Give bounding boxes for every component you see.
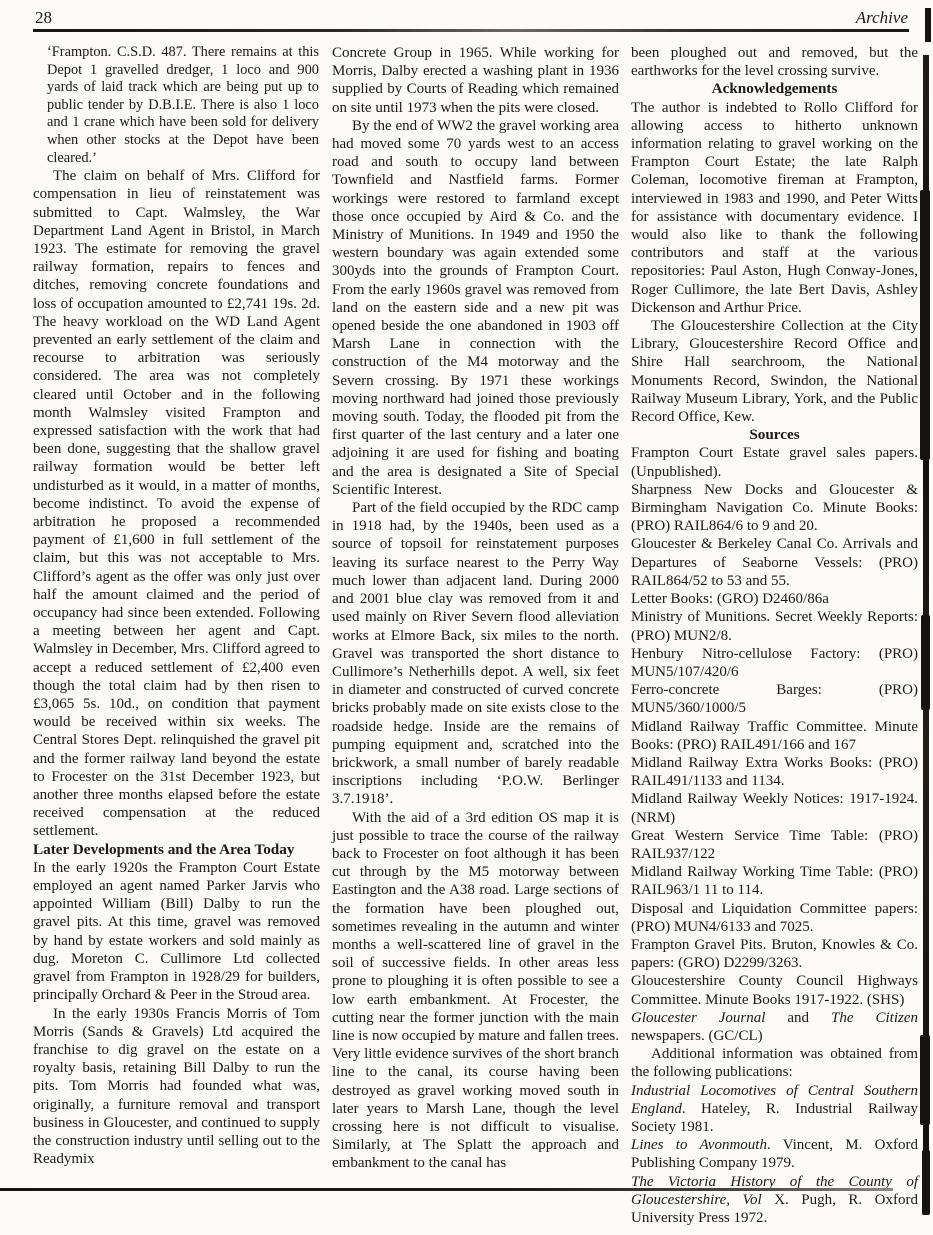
page-header: 28 Archive [33,6,908,30]
source-entry: Gloucestershire County Council Highways … [631,972,918,1008]
source-entry: Gloucester & Berkeley Canal Co. Arrivals… [631,535,918,590]
source-entry: Gloucester Journal and The Citizen newsp… [631,1009,918,1045]
source-entry: Henbury Nitro-cellulose Factory: (PRO) M… [631,645,918,681]
paragraph: The claim on behalf of Mrs. Clifford for… [33,167,320,841]
paragraph: Part of the field occupied by the RDC ca… [332,499,619,808]
paragraph: In the early 1920s the Frampton Court Es… [33,859,320,1005]
paragraph: The author is indebted to Rollo Clifford… [631,99,918,317]
paragraph: Concrete Group in 1965. While working fo… [332,44,619,117]
source-entry: Ferro-concrete Barges: (PRO) MUN5/360/10… [631,681,918,717]
page-number: 28 [35,8,52,28]
paragraph: The Gloucestershire Collection at the Ci… [631,317,918,426]
section-heading-acknowledgements: Acknowledgements [631,80,918,98]
bottom-rule [0,1188,893,1191]
source-entry: Sharpness New Docks and Gloucester & Bir… [631,481,918,536]
publications-list: Industrial Locomotives of Central Southe… [631,1082,918,1228]
source-entry: Ministry of Munitions. Secret Weekly Rep… [631,608,918,644]
section-heading-later-developments: Later Developments and the Area Today [33,841,320,859]
source-entry: Midland Railway Extra Works Books: (PRO)… [631,754,918,790]
header-rule [33,29,909,32]
source-entry: Midland Railway Working Time Table: (PRO… [631,863,918,899]
scan-edge-artifact [922,1150,930,1215]
column-2: Concrete Group in 1965. While working fo… [332,44,619,1227]
scanned-page: { "page": { "number": "28", "masthead": … [0,0,933,1235]
column-1: ‘Frampton. C.S.D. 487. There remains at … [33,44,320,1227]
source-entry: Frampton Gravel Pits. Bruton, Knowles & … [631,936,918,972]
source-entry: Midland Railway Traffic Committee. Minut… [631,718,918,754]
scan-edge-artifact [925,8,931,42]
journal-masthead: Archive [856,8,908,28]
block-quote: ‘Frampton. C.S.D. 487. There remains at … [33,44,320,167]
source-entry: Letter Books: (GRO) D2460/86a [631,590,918,608]
paragraph: By the end of WW2 the gravel working are… [332,117,619,499]
scan-edge-artifact [921,615,930,710]
publication-entry: Lines to Avonmouth. Vincent, M. Oxford P… [631,1136,918,1172]
text-columns: ‘Frampton. C.S.D. 487. There remains at … [33,44,919,1227]
publication-entry: Industrial Locomotives of Central Southe… [631,1082,918,1137]
source-entry: Great Western Service Time Table: (PRO) … [631,827,918,863]
sources-list: Frampton Court Estate gravel sales paper… [631,444,918,1045]
scan-edge-artifact [920,190,930,460]
publication-entry: The Victoria History of the County of Gl… [631,1173,918,1228]
source-entry: Frampton Court Estate gravel sales paper… [631,444,918,480]
column-3: been ploughed out and removed, but the e… [631,44,918,1227]
paragraph: been ploughed out and removed, but the e… [631,44,918,80]
paragraph: Additional information was obtained from… [631,1045,918,1081]
source-entry: Disposal and Liquidation Committee paper… [631,900,918,936]
section-heading-sources: Sources [631,426,918,444]
paragraph: In the early 1930s Francis Morris of Tom… [33,1005,320,1169]
source-entry: Midland Railway Weekly Notices: 1917-192… [631,790,918,826]
scan-edge-artifact [920,1035,930,1125]
paragraph: With the aid of a 3rd edition OS map it … [332,809,619,1173]
